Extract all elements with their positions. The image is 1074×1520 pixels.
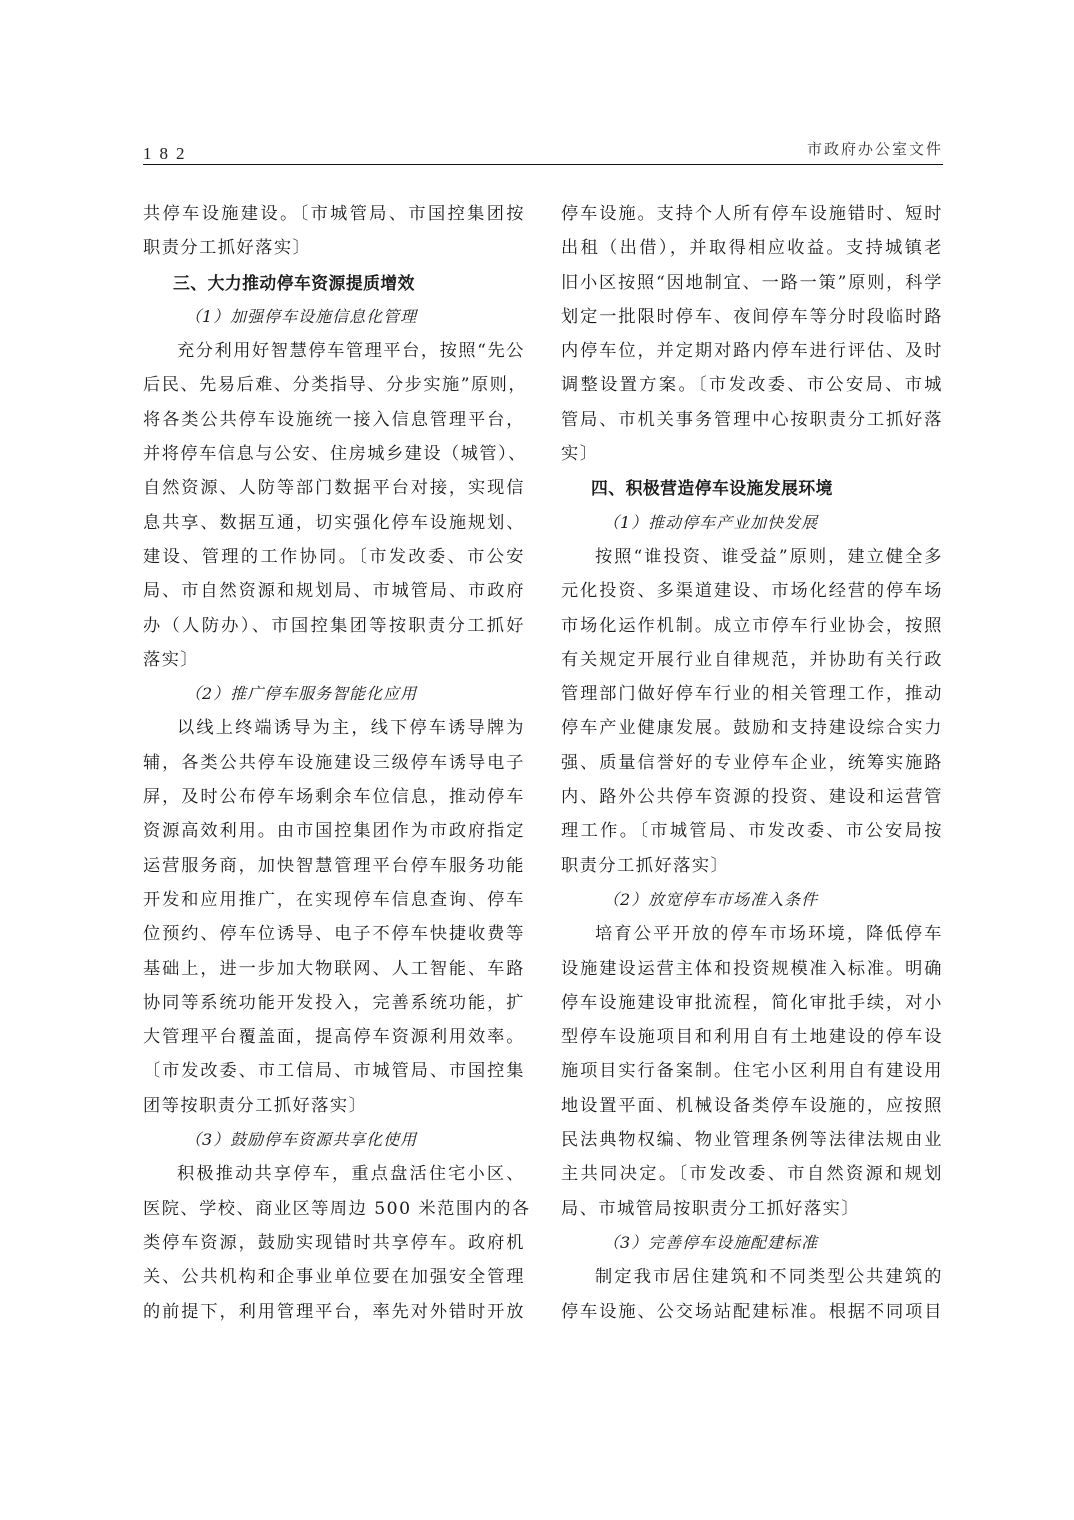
- body-text-line: 位预约、停车位诱导、电子不停车快捷收费等: [143, 917, 525, 951]
- paragraph-last-line: 职责分工抓好落实〕: [561, 849, 943, 883]
- paragraph-first-line: 充分利用好智慧停车管理平台，按照“先公: [143, 334, 525, 368]
- running-title: 市政府办公室文件: [807, 138, 943, 159]
- body-text-line: 内、路外公共停车资源的投资、建设和运营管: [561, 780, 943, 814]
- body-text-line: 协同等系统功能开发投入，完善系统功能，扩: [143, 986, 525, 1020]
- body-text-line: 理工作。〔市城管局、市发改委、市公安局按: [561, 814, 943, 848]
- page-number: 182: [143, 144, 193, 164]
- body-text-line: 医院、学校、商业区等周边 500 米范围内的各: [143, 1192, 525, 1226]
- subsection-heading: （3）完善停车设施配建标准: [561, 1226, 943, 1260]
- paragraph-last-line: 职责分工抓好落实〕: [143, 231, 525, 265]
- body-text-line: 开发和应用推广，在实现停车信息查询、停车: [143, 883, 525, 917]
- paragraph-last-line: 落实〕: [143, 643, 525, 677]
- body-text-line: 办（人防办）、市国控集团等按职责分工抓好: [143, 609, 525, 643]
- body-text-line: 停车设施、公交场站配建标准。根据不同项目: [561, 1295, 943, 1329]
- body-text-line: 辅，各类公共停车设施建设三级停车诱导电子: [143, 746, 525, 780]
- body-text-line: 共停车设施建设。〔市城管局、市国控集团按: [143, 197, 525, 231]
- body-text-line: 息共享、数据互通，切实强化停车设施规划、: [143, 506, 525, 540]
- body-text-line: 停车产业健康发展。鼓励和支持建设综合实力: [561, 711, 943, 745]
- body-text-line: 类停车资源，鼓励实现错时共享停车。政府机: [143, 1226, 525, 1260]
- body-text-line: 将各类公共停车设施统一接入信息管理平台，: [143, 403, 525, 437]
- body-text-line: 基础上，进一步加大物联网、人工智能、车路: [143, 952, 525, 986]
- body-text-line: 的前提下，利用管理平台，率先对外错时开放: [143, 1295, 525, 1329]
- body-text-line: 局、市自然资源和规划局、市城管局、市政府: [143, 574, 525, 608]
- body-text-line: 地设置平面、机械设备类停车设施的，应按照: [561, 1089, 943, 1123]
- body-text-line: 管局、市机关事务管理中心按职责分工抓好落: [561, 403, 943, 437]
- body-text-line: 停车设施建设审批流程，简化审批手续，对小: [561, 986, 943, 1020]
- body-text-line: 停车设施。支持个人所有停车设施错时、短时: [561, 197, 943, 231]
- section-heading: 四、积极营造停车设施发展环境: [561, 471, 943, 505]
- paragraph-first-line: 制定我市居住建筑和不同类型公共建筑的: [561, 1260, 943, 1294]
- subsection-heading: （1）推动停车产业加快发展: [561, 506, 943, 540]
- body-text-line: 主共同决定。〔市发改委、市自然资源和规划: [561, 1157, 943, 1191]
- body-text-line: 元化投资、多渠道建设、市场化经营的停车场: [561, 574, 943, 608]
- body-text-line: 关、公共机构和企事业单位要在加强安全管理: [143, 1260, 525, 1294]
- body-text-line: 建设、管理的工作协同。〔市发改委、市公安: [143, 540, 525, 574]
- body-text-line: 屏，及时公布停车场剩余车位信息，推动停车: [143, 780, 525, 814]
- subsection-heading: （2）放宽停车市场准入条件: [561, 883, 943, 917]
- body-text-line: 内停车位，并定期对路内停车进行评估、及时: [561, 334, 943, 368]
- subsection-heading: （1）加强停车设施信息化管理: [143, 300, 525, 334]
- right-column: 停车设施。支持个人所有停车设施错时、短时出租（出借），并取得相应收益。支持城镇老…: [561, 197, 943, 1329]
- body-text-line: 自然资源、人防等部门数据平台对接，实现信: [143, 471, 525, 505]
- paragraph-last-line: 实〕: [561, 437, 943, 471]
- subsection-heading: （2）推广停车服务智能化应用: [143, 677, 525, 711]
- body-text-line: 有关规定开展行业自律规范，并协助有关行政: [561, 643, 943, 677]
- body-text-line: 运营服务商，加快智慧管理平台停车服务功能: [143, 849, 525, 883]
- paragraph-first-line: 按照“谁投资、谁受益”原则，建立健全多: [561, 540, 943, 574]
- body-text-line: 后民、先易后难、分类指导、分步实施”原则，: [143, 368, 525, 402]
- body-text-line: 施项目实行备案制。住宅小区利用自有建设用: [561, 1054, 943, 1088]
- left-column: 共停车设施建设。〔市城管局、市国控集团按职责分工抓好落实〕三、大力推动停车资源提…: [143, 197, 525, 1329]
- page-header: 182 市政府办公室文件: [143, 134, 943, 166]
- body-text-line: 〔市发改委、市工信局、市城管局、市国控集: [143, 1054, 525, 1088]
- paragraph-first-line: 培育公平开放的停车市场环境，降低停车: [561, 917, 943, 951]
- body-text-line: 资源高效利用。由市国控集团作为市政府指定: [143, 814, 525, 848]
- section-heading: 三、大力推动停车资源提质增效: [143, 266, 525, 300]
- body-text-line: 划定一批限时停车、夜间停车等分时段临时路: [561, 300, 943, 334]
- paragraph-first-line: 以线上终端诱导为主，线下停车诱导牌为: [143, 711, 525, 745]
- paragraph-last-line: 局、市城管局按职责分工抓好落实〕: [561, 1192, 943, 1226]
- body-text-line: 调整设置方案。〔市发改委、市公安局、市城: [561, 368, 943, 402]
- body-text-line: 设施建设运营主体和投资规模准入标准。明确: [561, 952, 943, 986]
- header-rule: [143, 164, 943, 165]
- body-text-line: 市场化运作机制。成立市停车行业协会，按照: [561, 609, 943, 643]
- body-text-line: 民法典物权编、物业管理条例等法律法规由业: [561, 1123, 943, 1157]
- body-text-line: 旧小区按照“因地制宜、一路一策”原则，科学: [561, 266, 943, 300]
- paragraph-last-line: 团等按职责分工抓好落实〕: [143, 1089, 525, 1123]
- body-text-line: 并将停车信息与公安、住房城乡建设（城管）、: [143, 437, 525, 471]
- body-text-line: 出租（出借），并取得相应收益。支持城镇老: [561, 231, 943, 265]
- paragraph-first-line: 积极推动共享停车，重点盘活住宅小区、: [143, 1157, 525, 1191]
- body-text-line: 管理部门做好停车行业的相关管理工作，推动: [561, 677, 943, 711]
- body-text-line: 强、质量信誉好的专业停车企业，统筹实施路: [561, 746, 943, 780]
- subsection-heading: （3）鼓励停车资源共享化使用: [143, 1123, 525, 1157]
- body-text-line: 型停车设施项目和利用自有土地建设的停车设: [561, 1020, 943, 1054]
- body-text-line: 大管理平台覆盖面，提高停车资源利用效率。: [143, 1020, 525, 1054]
